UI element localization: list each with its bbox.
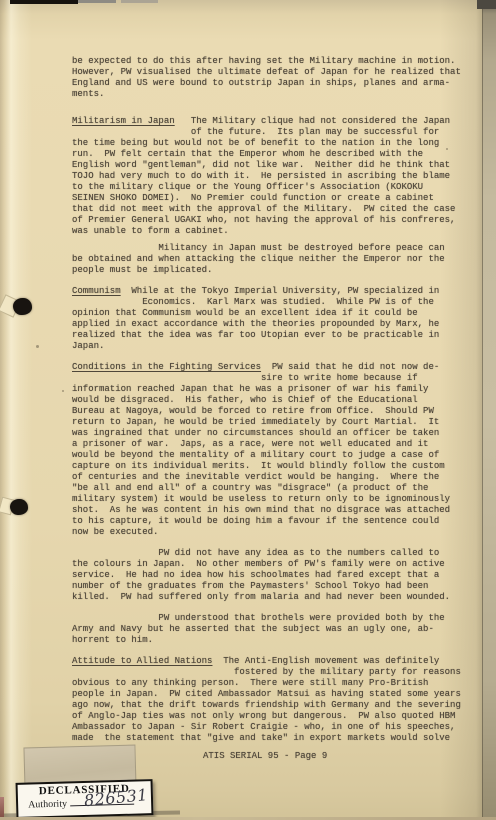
scan-artifact-bar xyxy=(121,0,158,3)
page-footer: ATIS SERIAL 95 - Page 9 xyxy=(203,751,327,762)
paper-speck xyxy=(62,390,64,392)
paper-speck xyxy=(446,148,448,150)
paragraph-text: PW said that he did not now de- sire to … xyxy=(72,362,450,537)
scanned-document-page: be expected to do this after having set … xyxy=(0,0,496,820)
paragraph-allied-nations: Attitude to Allied Nations The Anti-Engl… xyxy=(72,656,486,744)
paragraph-militarism: Militarism in Japan The Military clique … xyxy=(72,116,486,237)
document-text: be expected to do this after having set … xyxy=(72,56,486,754)
stamp-authority-label: Authority xyxy=(28,798,67,810)
stamp-authority-row: Authority 826531 xyxy=(28,794,151,810)
paragraph-text: The Anti-English movement was definitely… xyxy=(72,656,461,743)
scan-artifact-bar xyxy=(78,0,116,3)
section-heading-militarism: Militarism in Japan xyxy=(72,116,175,126)
section-heading-allied-nations: Attitude to Allied Nations xyxy=(72,656,212,666)
scan-artifact-bar xyxy=(10,0,78,4)
hole-punch-mark xyxy=(13,298,32,315)
paper-speck xyxy=(36,345,39,348)
section-heading-fighting-services: Conditions in the Fighting Services xyxy=(72,362,261,372)
declassified-stamp: DECLASSIFIED Authority 826531 xyxy=(16,779,154,819)
paragraph-brothels: PW understood that brothels were provide… xyxy=(72,613,486,646)
hole-punch-mark xyxy=(10,499,28,515)
paragraph-communism: Communism While at the Tokyo Imperial Un… xyxy=(72,286,486,352)
scan-artifact-corner xyxy=(477,0,496,9)
paragraph-text: While at the Tokyo Imperial University, … xyxy=(72,286,439,351)
paragraph-intro: be expected to do this after having set … xyxy=(72,56,486,100)
paragraph-colours: PW did not have any idea as to the numbe… xyxy=(72,548,486,603)
paragraph-fighting-services: Conditions in the Fighting Services PW s… xyxy=(72,362,486,538)
paragraph-militancy: Militancy in Japan must be destroyed bef… xyxy=(72,243,486,276)
section-heading-communism: Communism xyxy=(72,286,121,296)
paragraph-text: The Military clique had not considered t… xyxy=(72,116,455,236)
